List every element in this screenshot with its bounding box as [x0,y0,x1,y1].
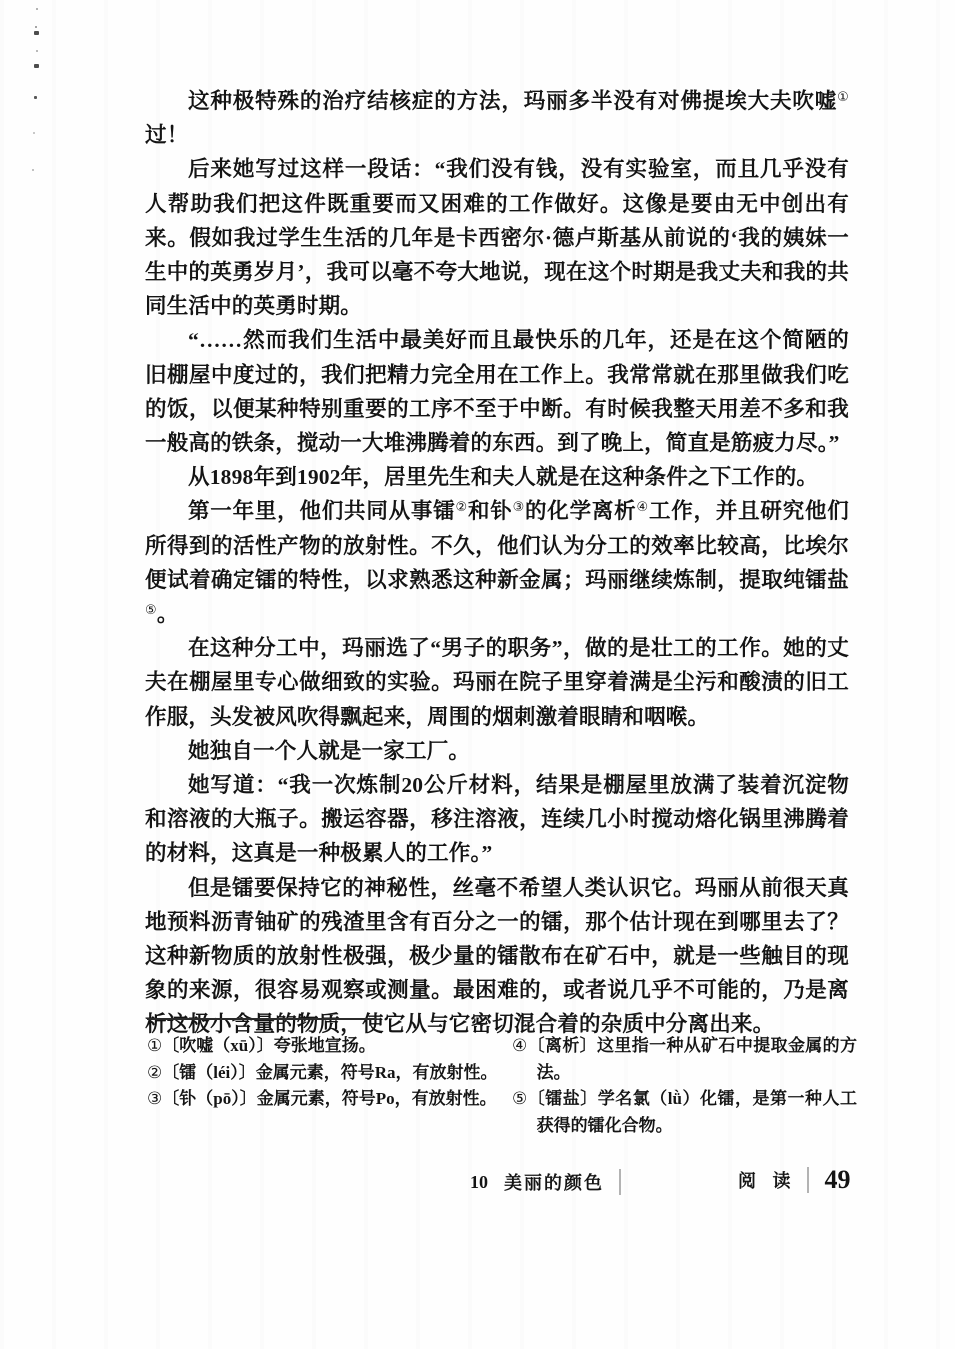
footnotes: ①〔吹嘘（xū）〕夸张地宣扬。②〔镭（léi）〕金属元素，符号Ra，有放射性。③… [147,1018,857,1139]
section-label: 阅 读 [738,1167,797,1193]
body-paragraph: 但是镭要保持它的神秘性，丝毫不希望人类认识它。玛丽从前很天真地预料沥青铀矿的残渣… [145,871,849,1042]
footnote-marker: ③ [147,1089,162,1109]
footnote-marker: ⑤ [512,1089,528,1109]
scan-speck [34,96,37,99]
scan-speck [35,26,37,28]
footnote-marker: ① [147,1036,162,1056]
footnote-reference: ② [456,500,468,515]
footnote-divider [147,1018,376,1020]
body-text: 这种极特殊的治疗结核症的方法，玛丽多半没有对佛提埃大夫吹嘘①过！后来她写过这样一… [145,84,849,1042]
body-paragraph: 后来她写过这样一段话：“我们没有钱，没有实验室，而且几乎没有人帮助我们把这件既重… [145,152,849,323]
footer-divider-bar [807,1167,809,1193]
footnote-item: ④〔离析〕这里指一种从矿石中提取金属的方法。 [512,1033,857,1086]
body-paragraph: “……然而我们生活中最美好而且最快乐的几年，还是在这个简陋的旧棚屋中度过的，我们… [145,323,849,460]
scan-speck [36,8,38,10]
scan-speck [36,50,38,52]
footnote-reference: ① [837,90,849,105]
body-paragraph: 第一年里，他们共同从事镭②和钋③的化学离析④工作，并且研究他们所得到的活性产物的… [145,494,849,631]
footnote-item: ①〔吹嘘（xū）〕夸张地宣扬。 [147,1033,512,1060]
scan-speck [34,31,39,35]
body-paragraph: 在这种分工中，玛丽选了“男子的职务”，做的是壮工的工作。她的丈夫在棚屋里专心做细… [145,631,849,734]
body-paragraph: 她独自一个人就是一家工厂。 [145,734,849,768]
footnote-item: ②〔镭（léi）〕金属元素，符号Ra，有放射性。 [147,1060,512,1087]
page-footer-left: 10 美丽的颜色 [470,1168,621,1196]
footnote-reference: ⑤ [145,603,157,618]
scan-speck [32,169,34,171]
footnote-reference: ④ [636,500,648,515]
footnotes-left-column: ①〔吹嘘（xū）〕夸张地宣扬。②〔镭（léi）〕金属元素，符号Ra，有放射性。③… [147,1033,512,1139]
page-number: 49 [825,1165,851,1195]
lesson-number: 10 [470,1172,488,1193]
body-paragraph: 从1898年到1902年，居里先生和夫人就是在这种条件之下工作的。 [145,460,849,494]
footnote-marker: ④ [512,1036,528,1056]
scan-speck [33,132,35,134]
scan-speck [34,64,39,68]
footnote-marker: ② [147,1063,162,1083]
footer-divider-bar [619,1169,621,1195]
body-paragraph: 这种极特殊的治疗结核症的方法，玛丽多半没有对佛提埃大夫吹嘘①过！ [145,84,849,152]
lesson-title: 美丽的颜色 [504,1169,604,1195]
footnote-reference: ③ [513,500,525,515]
textbook-page: 这种极特殊的治疗结核症的方法，玛丽多半没有对佛提埃大夫吹嘘①过！后来她写过这样一… [0,0,955,1349]
page-footer-right: 阅 读 49 [738,1165,851,1195]
body-paragraph: 她写道：“我一次炼制20公斤材料，结果是棚屋里放满了装着沉淀物和溶液的大瓶子。搬… [145,768,849,871]
footnote-item: ⑤〔镭盐〕学名氯（lǜ）化镭，是第一种人工获得的镭化合物。 [512,1086,857,1139]
footnotes-right-column: ④〔离析〕这里指一种从矿石中提取金属的方法。⑤〔镭盐〕学名氯（lǜ）化镭，是第一… [512,1033,857,1139]
footnote-item: ③〔钋（pō）〕金属元素，符号Po，有放射性。 [147,1086,512,1113]
